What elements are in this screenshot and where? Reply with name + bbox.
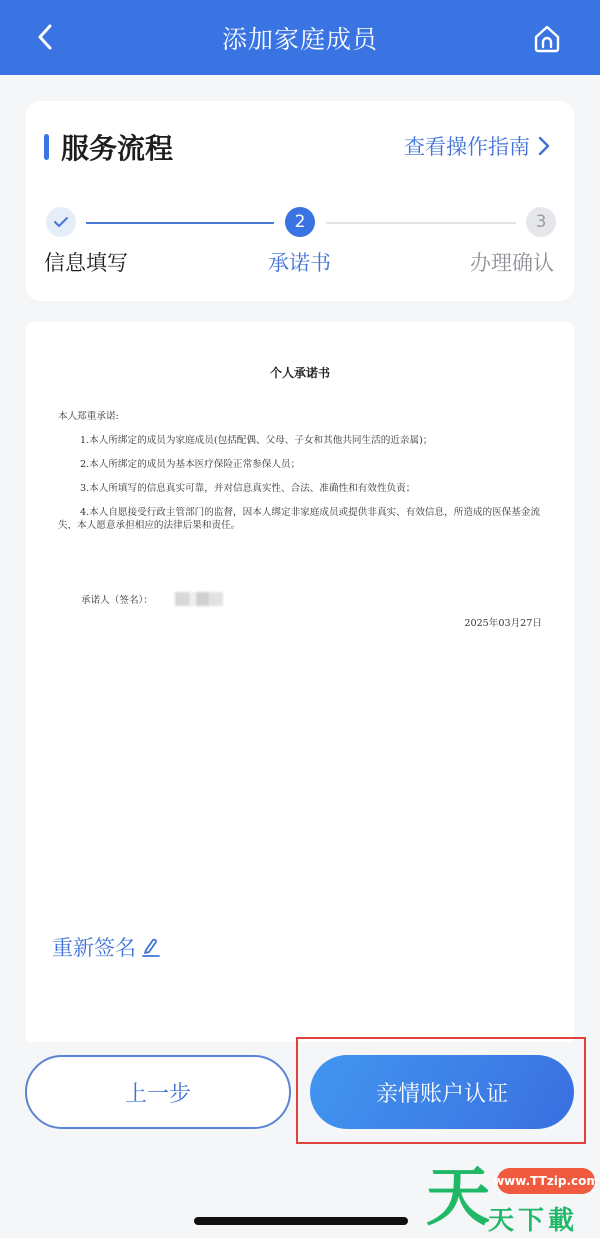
step-progress: 2 3 信息填写 承诺书 办理确认 (26, 205, 574, 285)
step-2-circle: 2 (285, 207, 315, 237)
nav-header: 添加家庭成员 (0, 0, 600, 75)
step-1-circle (46, 207, 76, 237)
commitment-item-2: 2.本人所绑定的成员为基本医疗保险正常参保人员； (58, 458, 548, 471)
resign-button[interactable]: 重新签名 (52, 932, 160, 962)
commitment-item-3: 3.本人所填写的信息真实可靠，并对信息真实性、合法、准确性和有效性负责； (58, 482, 548, 495)
back-button[interactable] (30, 22, 60, 52)
watermark-big-char: 天 (426, 1162, 490, 1234)
service-flow-card: 服务流程 查看操作指南 2 3 信息填写 承诺书 办理确认 (26, 101, 574, 301)
view-guide-link[interactable]: 查看操作指南 (404, 131, 550, 161)
watermark-text: 天下載 (488, 1200, 578, 1237)
commitment-item-1: 1.本人所绑定的成员为家庭成员(包括配偶、父母、子女和其他共同生活的近亲属)； (58, 434, 548, 447)
flow-title: 服务流程 (44, 127, 173, 167)
document-body: 本人郑重承诺: 1.本人所绑定的成员为家庭成员(包括配偶、父母、子女和其他共同生… (58, 410, 548, 543)
watermark-logo: 天 www.TTzip.com 天下載 (426, 1162, 600, 1238)
step-1-label: 信息填写 (44, 247, 128, 277)
step-3-label: 办理确认 (470, 247, 554, 277)
document-date: 2025年03月27日 (464, 615, 542, 629)
commitment-item-4: 4.本人自愿接受行政主管部门的监督，因本人绑定非家庭成员或提供非真实、有效信息，… (58, 506, 548, 532)
previous-step-button[interactable]: 上一步 (25, 1055, 291, 1129)
home-button[interactable] (532, 24, 562, 54)
home-icon (532, 24, 562, 54)
document-title: 个人承诺书 (26, 364, 574, 381)
family-account-verify-button[interactable]: 亲情账户认证 (310, 1055, 574, 1129)
guide-link-text: 查看操作指南 (404, 131, 530, 161)
commitment-document: 个人承诺书 本人郑重承诺: 1.本人所绑定的成员为家庭成员(包括配偶、父母、子女… (26, 322, 574, 1042)
check-icon (53, 216, 69, 228)
step-connector-2 (326, 222, 516, 224)
signature-image (175, 592, 223, 606)
chevron-right-icon (538, 136, 550, 156)
step-2-label: 承诺书 (268, 247, 331, 277)
document-intro: 本人郑重承诺: (58, 410, 548, 423)
chevron-left-icon (37, 24, 53, 50)
signer-label: 承诺人（签名）： (81, 592, 153, 606)
step-3-circle: 3 (526, 207, 556, 237)
pencil-icon (142, 937, 160, 957)
watermark-url: www.TTzip.com (497, 1168, 595, 1194)
signer-row: 承诺人（签名）： (81, 592, 223, 606)
title-accent-bar (44, 134, 49, 160)
resign-label: 重新签名 (52, 932, 136, 962)
page-title: 添加家庭成员 (222, 20, 378, 56)
step-connector-1 (86, 222, 274, 224)
flow-title-text: 服务流程 (61, 127, 173, 167)
home-indicator[interactable] (194, 1217, 408, 1225)
